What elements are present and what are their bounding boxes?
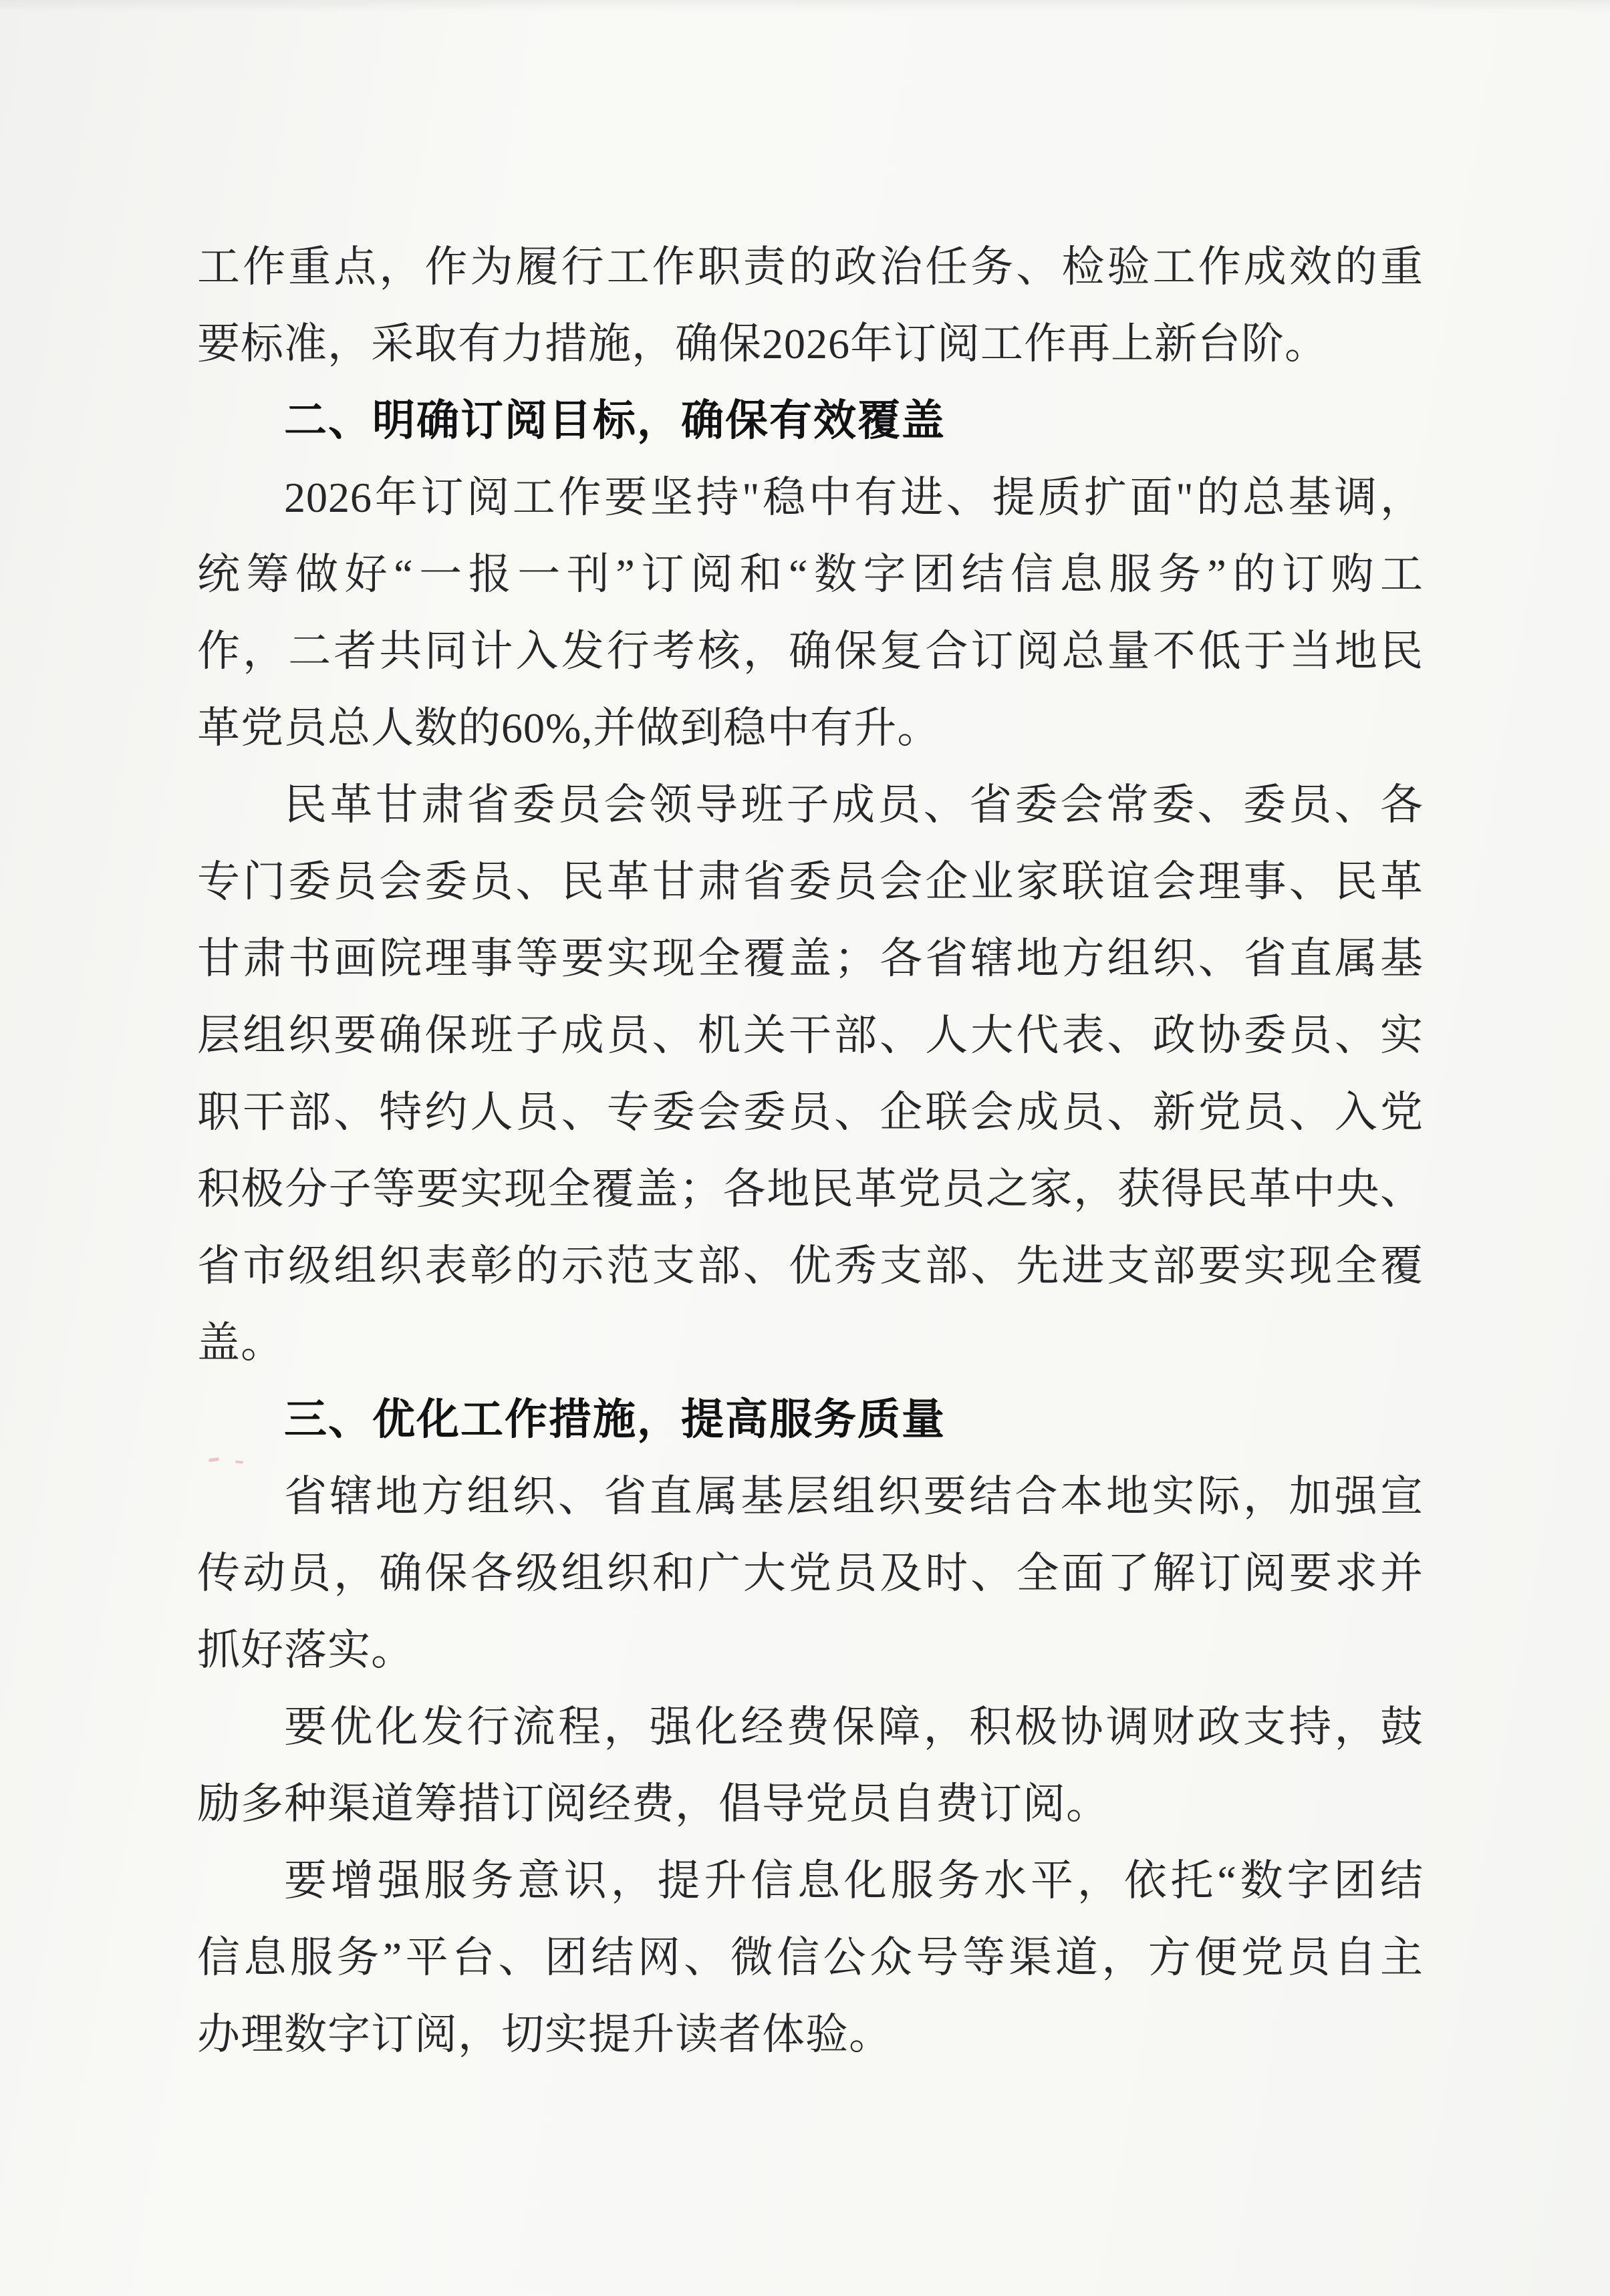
text-line: 省辖地方组织、省直属基层组织要结合本地实际，加强宣 [197, 1458, 1424, 1535]
text-line: 职干部、特约人员、专委会委员、企联会成员、新党员、入党 [197, 1074, 1424, 1151]
text-line: 要增强服务意识，提升信息化服务水平，依托“数字团结 [197, 1842, 1424, 1919]
scanned-document-page: 工作重点，作为履行工作职责的政治任务、检验工作成效的重要标准，采取有力措施，确保… [0, 0, 1610, 2296]
text-line: 2026年订阅工作要坚持"稳中有进、提质扩面"的总基调， [197, 459, 1424, 536]
text-line: 作，二者共同计入发行考核，确保复合订阅总量不低于当地民 [197, 613, 1424, 690]
text-line: 抓好落实。 [197, 1612, 1424, 1689]
text-line: 民革甘肃省委员会领导班子成员、省委会常委、委员、各 [197, 766, 1424, 843]
paragraph: 要优化发行流程，强化经费保障，积极协调财政支持，鼓励多种渠道筹措订阅经费，倡导党… [197, 1689, 1424, 1842]
paragraph: 要增强服务意识，提升信息化服务水平，依托“数字团结信息服务”平台、团结网、微信公… [197, 1842, 1424, 2073]
text-line: 传动员，确保各级组织和广大党员及时、全面了解订阅要求并 [197, 1535, 1424, 1612]
heading-line: 二、明确订阅目标，确保有效覆盖 [197, 382, 1424, 459]
paragraph: 民革甘肃省委员会领导班子成员、省委会常委、委员、各专门委员会委员、民革甘肃省委员… [197, 766, 1424, 1381]
text-line: 层组织要确保班子成员、机关干部、人大代表、政协委员、实 [197, 997, 1424, 1074]
section-heading: 二、明确订阅目标，确保有效覆盖 [197, 382, 1424, 459]
paragraph: 省辖地方组织、省直属基层组织要结合本地实际，加强宣传动员，确保各级组织和广大党员… [197, 1458, 1424, 1689]
text-line: 要标准，采取有力措施，确保2026年订阅工作再上新台阶。 [197, 305, 1424, 382]
paragraph: 2026年订阅工作要坚持"稳中有进、提质扩面"的总基调，统筹做好“一报一刊”订阅… [197, 459, 1424, 766]
text-line: 省市级组织表彰的示范支部、优秀支部、先进支部要实现全覆 [197, 1228, 1424, 1304]
document-body: 工作重点，作为履行工作职责的政治任务、检验工作成效的重要标准，采取有力措施，确保… [197, 229, 1424, 2073]
text-line: 专门委员会委员、民革甘肃省委员会企业家联谊会理事、民革 [197, 843, 1424, 920]
text-line: 革党员总人数的60%,并做到稳中有升。 [197, 690, 1424, 766]
text-line: 统筹做好“一报一刊”订阅和“数字团结信息服务”的订购工 [197, 536, 1424, 613]
text-line: 盖。 [197, 1304, 1424, 1381]
text-line: 信息服务”平台、团结网、微信公众号等渠道，方便党员自主 [197, 1919, 1424, 1996]
text-line: 工作重点，作为履行工作职责的政治任务、检验工作成效的重 [197, 229, 1424, 305]
text-line: 励多种渠道筹措订阅经费，倡导党员自费订阅。 [197, 1765, 1424, 1842]
text-line: 要优化发行流程，强化经费保障，积极协调财政支持，鼓 [197, 1689, 1424, 1765]
heading-line: 三、优化工作措施，提高服务质量 [197, 1381, 1424, 1458]
text-line: 办理数字订阅，切实提升读者体验。 [197, 1996, 1424, 2073]
text-line: 积极分子等要实现全覆盖；各地民革党员之家，获得民革中央、 [197, 1151, 1424, 1228]
paragraph: 工作重点，作为履行工作职责的政治任务、检验工作成效的重要标准，采取有力措施，确保… [197, 229, 1424, 382]
section-heading: 三、优化工作措施，提高服务质量 [197, 1381, 1424, 1458]
text-line: 甘肃书画院理事等要实现全覆盖；各省辖地方组织、省直属基 [197, 920, 1424, 997]
